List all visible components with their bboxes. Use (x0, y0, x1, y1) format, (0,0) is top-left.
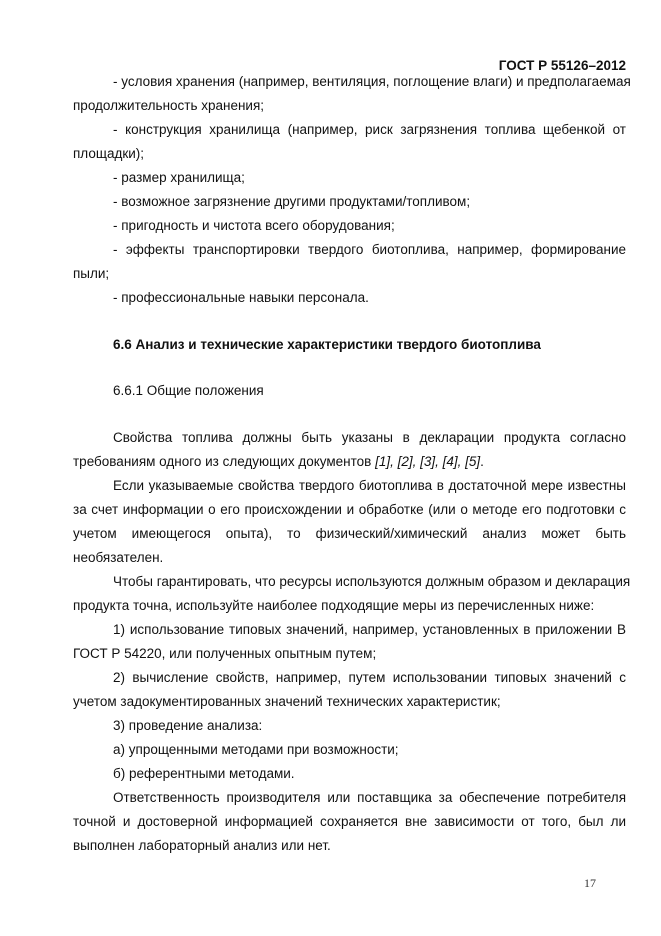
paragraph-2-line-4: необязателен. (73, 550, 626, 566)
list-item-equipment: - пригодность и чистота всего оборудован… (113, 218, 626, 234)
paragraph-1-end: . (480, 454, 484, 469)
list-item-storage-construction: - конструкция хранилища (например, риск … (113, 122, 626, 138)
paragraph-1-text: требованиям одного из следующих документ… (73, 454, 375, 469)
paragraph-2-line-3: учетом имеющегося опыта), то физический/… (73, 526, 626, 542)
list-item-staff-skills: - профессиональные навыки персонала. (113, 290, 626, 306)
paragraph-2-line-2: за счет информации о его происхождении и… (73, 502, 626, 518)
list-item-transport-effects: - эффекты транспортировки твердого биото… (113, 242, 626, 258)
list-item-storage-conditions: - условия хранения (например, вентиляция… (113, 74, 626, 90)
document-page: ГОСТ Р 55126–2012 - условия хранения (на… (0, 0, 661, 936)
measure-3b: б) референтными методами. (113, 766, 626, 782)
paragraph-4-line-2: точной и достоверной информацией сохраня… (73, 814, 626, 830)
paragraph-3-line-1: Чтобы гарантировать, что ресурсы использ… (113, 574, 626, 590)
paragraph-1-line-1: Свойства топлива должны быть указаны в д… (113, 430, 626, 446)
list-item-contamination: - возможное загрязнение другими продукта… (113, 194, 626, 210)
list-item-storage-conditions-cont: продолжительность хранения; (73, 98, 626, 114)
measure-3a: а) упрощенными методами при возможности; (113, 742, 626, 758)
reference-list: [1], [2], [3], [4], [5] (375, 454, 480, 469)
paragraph-4-line-3: выполнен лабораторный анализ или нет. (73, 838, 626, 854)
paragraph-1-line-2: требованиям одного из следующих документ… (73, 454, 626, 470)
list-item-storage-construction-cont: площадки); (73, 146, 626, 162)
list-item-storage-size: - размер хранилища; (113, 170, 626, 186)
measure-3: 3) проведение анализа: (113, 718, 626, 734)
measure-2-line-1: 2) вычисление свойств, например, путем и… (113, 670, 626, 686)
section-heading: 6.6 Анализ и технические характеристики … (113, 337, 626, 353)
page-number: 17 (584, 876, 596, 891)
subsection-heading: 6.6.1 Общие положения (113, 383, 626, 399)
paragraph-3-line-2: продукта точна, используйте наиболее под… (73, 598, 626, 614)
paragraph-4-line-1: Ответственность производителя или постав… (113, 790, 626, 806)
list-item-transport-effects-cont: пыли; (73, 266, 626, 282)
document-header-id: ГОСТ Р 55126–2012 (499, 58, 626, 73)
measure-1-line-1: 1) использование типовых значений, напри… (113, 622, 626, 638)
paragraph-2-line-1: Если указываемые свойства твердого биото… (113, 478, 626, 494)
measure-2-line-2: учетом задокументированных значений техн… (73, 694, 626, 710)
measure-1-line-2: ГОСТ Р 54220, или полученных опытным пут… (73, 646, 626, 662)
